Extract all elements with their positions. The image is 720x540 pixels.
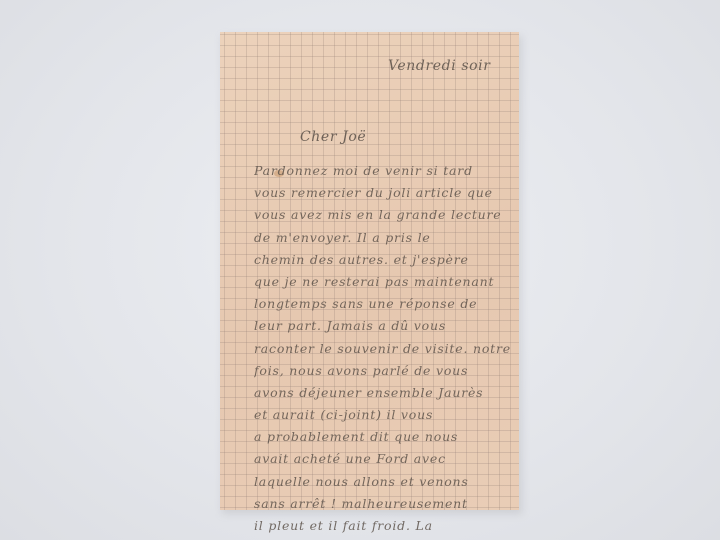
letter-body: Pardonnez moi de venir si tard vous reme… — [254, 160, 516, 537]
body-line: sans arrêt ! malheureusement — [254, 493, 516, 515]
body-line: chemin des autres. et j'espère — [254, 249, 516, 271]
body-line: raconter le souvenir de visite. notre — [254, 338, 516, 360]
body-line: vous avez mis en la grande lecture — [254, 204, 516, 226]
body-line: leur part. Jamais a dû vous — [254, 315, 516, 337]
body-line: il pleut et il fait froid. La — [254, 515, 516, 537]
body-line: avons déjeuner ensemble Jaurès — [254, 382, 516, 404]
body-line: longtemps sans une réponse de — [254, 293, 516, 315]
body-line: de m'envoyer. Il a pris le — [254, 227, 516, 249]
letter-sheet: Vendredi soir Cher Joë Pardonnez moi de … — [220, 32, 519, 510]
letter-date: Vendredi soir — [388, 58, 491, 74]
body-line: avait acheté une Ford avec — [254, 448, 516, 470]
body-line: que je ne resterai pas maintenant — [254, 271, 516, 293]
body-line: Pardonnez moi de venir si tard — [254, 160, 516, 182]
letter-salutation: Cher Joë — [300, 129, 366, 145]
body-line: vous remercier du joli article que — [254, 182, 516, 204]
body-line: laquelle nous allons et venons — [254, 471, 516, 493]
body-line: a probablement dit que nous — [254, 426, 516, 448]
body-line: et aurait (ci-joint) il vous — [254, 404, 516, 426]
body-line: fois, nous avons parlé de vous — [254, 360, 516, 382]
